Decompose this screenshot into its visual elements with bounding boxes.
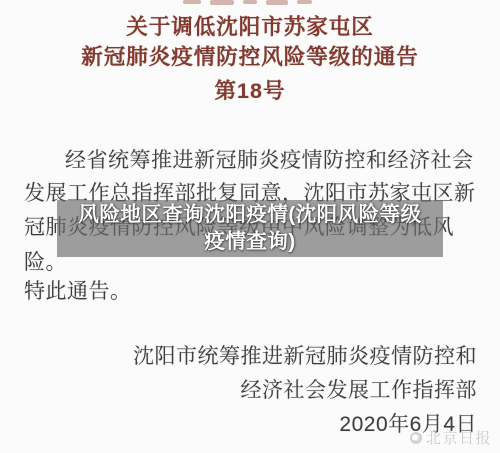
newspaper-logo-icon [410, 432, 422, 444]
signature-line1: 沈阳市统筹推进新冠肺炎疫情防控和 [133, 344, 477, 370]
notice-title-line1: 关于调低沈阳市苏家屯区 [0, 14, 500, 40]
watermark: 北京日报 [410, 427, 492, 448]
notice-document-image: 关于调低沈阳市苏家屯区 新冠肺炎疫情防控风险等级的通告 第18号 经省统筹推进新… [0, 0, 500, 453]
caption-overlay-line1: 风险地区查询沈阳疫情(沈阳风险等级 [57, 201, 443, 228]
watermark-text: 北京日报 [426, 427, 492, 448]
cropped-text-top-fragment [183, 0, 312, 5]
notice-closing-line: 特此通告。 [24, 279, 132, 305]
caption-overlay-line2: 疫情查询) [57, 228, 443, 255]
signature-line2: 经济社会发展工作指挥部 [241, 378, 478, 404]
notice-number: 第18号 [0, 78, 500, 104]
notice-title-line2: 新冠肺炎疫情防控风险等级的通告 [0, 44, 500, 70]
caption-overlay-banner: 风险地区查询沈阳疫情(沈阳风险等级 疫情查询) [57, 200, 443, 257]
notice-body-line1: 经省统筹推进新冠肺炎疫情防控和经济社会 [24, 148, 474, 174]
